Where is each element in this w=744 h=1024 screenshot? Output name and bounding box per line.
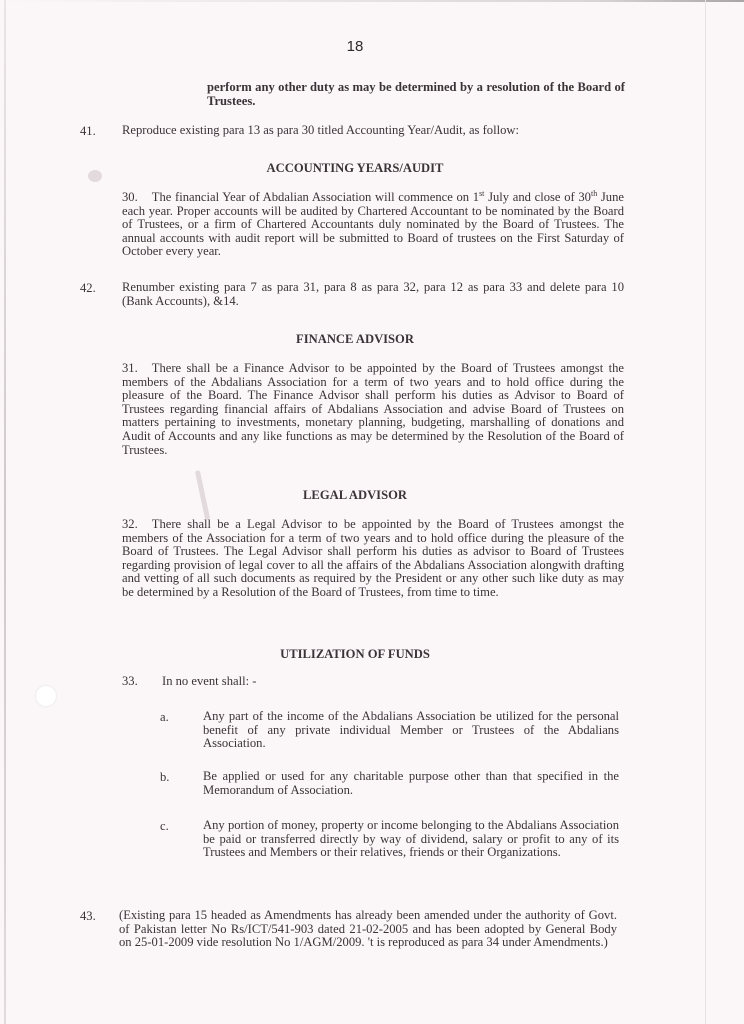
heading-accounting-years-audit: ACCOUNTING YEARS/AUDIT [0, 161, 710, 176]
para-32: 32.There shall be a Legal Advisor to be … [122, 518, 624, 600]
heading-finance-advisor: FINANCE ADVISOR [0, 332, 710, 347]
sub-item-c-text: Any portion of money, property or income… [203, 819, 619, 860]
para-31-number: 31. [122, 361, 138, 375]
sub-item-a-text: Any part of the income of the Abdalians … [203, 710, 619, 751]
scan-edge-top [0, 0, 744, 2]
item-43-text: (Existing para 15 headed as Amendments h… [119, 909, 617, 950]
item-42-number: 42. [80, 281, 96, 296]
heading-utilization-of-funds: UTILIZATION OF FUNDS [0, 647, 710, 662]
para-32-number: 32. [122, 517, 138, 531]
scan-edge-right [705, 0, 706, 1024]
para-31: 31.There shall be a Finance Advisor to b… [122, 362, 624, 457]
sub-item-c-label: c. [160, 819, 169, 834]
para-30: 30.The financial Year of Abdalian Associ… [122, 191, 624, 259]
para-30-text-b: July and close of 30 [484, 190, 591, 204]
sub-item-b-text: Be applied or used for any charitable pu… [203, 770, 619, 797]
para-33-number: 33. [122, 675, 138, 689]
sub-item-a-label: a. [160, 710, 169, 725]
scan-edge-left [4, 0, 6, 1024]
punch-hole [36, 686, 56, 706]
sub-item-b-label: b. [160, 770, 169, 785]
para-30-text-a: The financial Year of Abdalian Associati… [152, 190, 479, 204]
continuation-text: perform any other duty as may be determi… [207, 81, 625, 108]
item-41-number: 41. [80, 124, 96, 139]
page-number: 18 [0, 38, 710, 55]
item-43-number: 43. [80, 909, 96, 924]
item-42-text: Renumber existing para 7 as para 31, par… [122, 281, 624, 308]
item-41-text: Reproduce existing para 13 as para 30 ti… [122, 124, 632, 138]
heading-legal-advisor: LEGAL ADVISOR [0, 488, 710, 503]
para-33-intro: In no event shall: - [162, 675, 256, 689]
para-32-text: There shall be a Legal Advisor to be app… [122, 517, 624, 599]
para-31-text: There shall be a Finance Advisor to be a… [122, 361, 624, 457]
para-30-number: 30. [122, 190, 138, 204]
